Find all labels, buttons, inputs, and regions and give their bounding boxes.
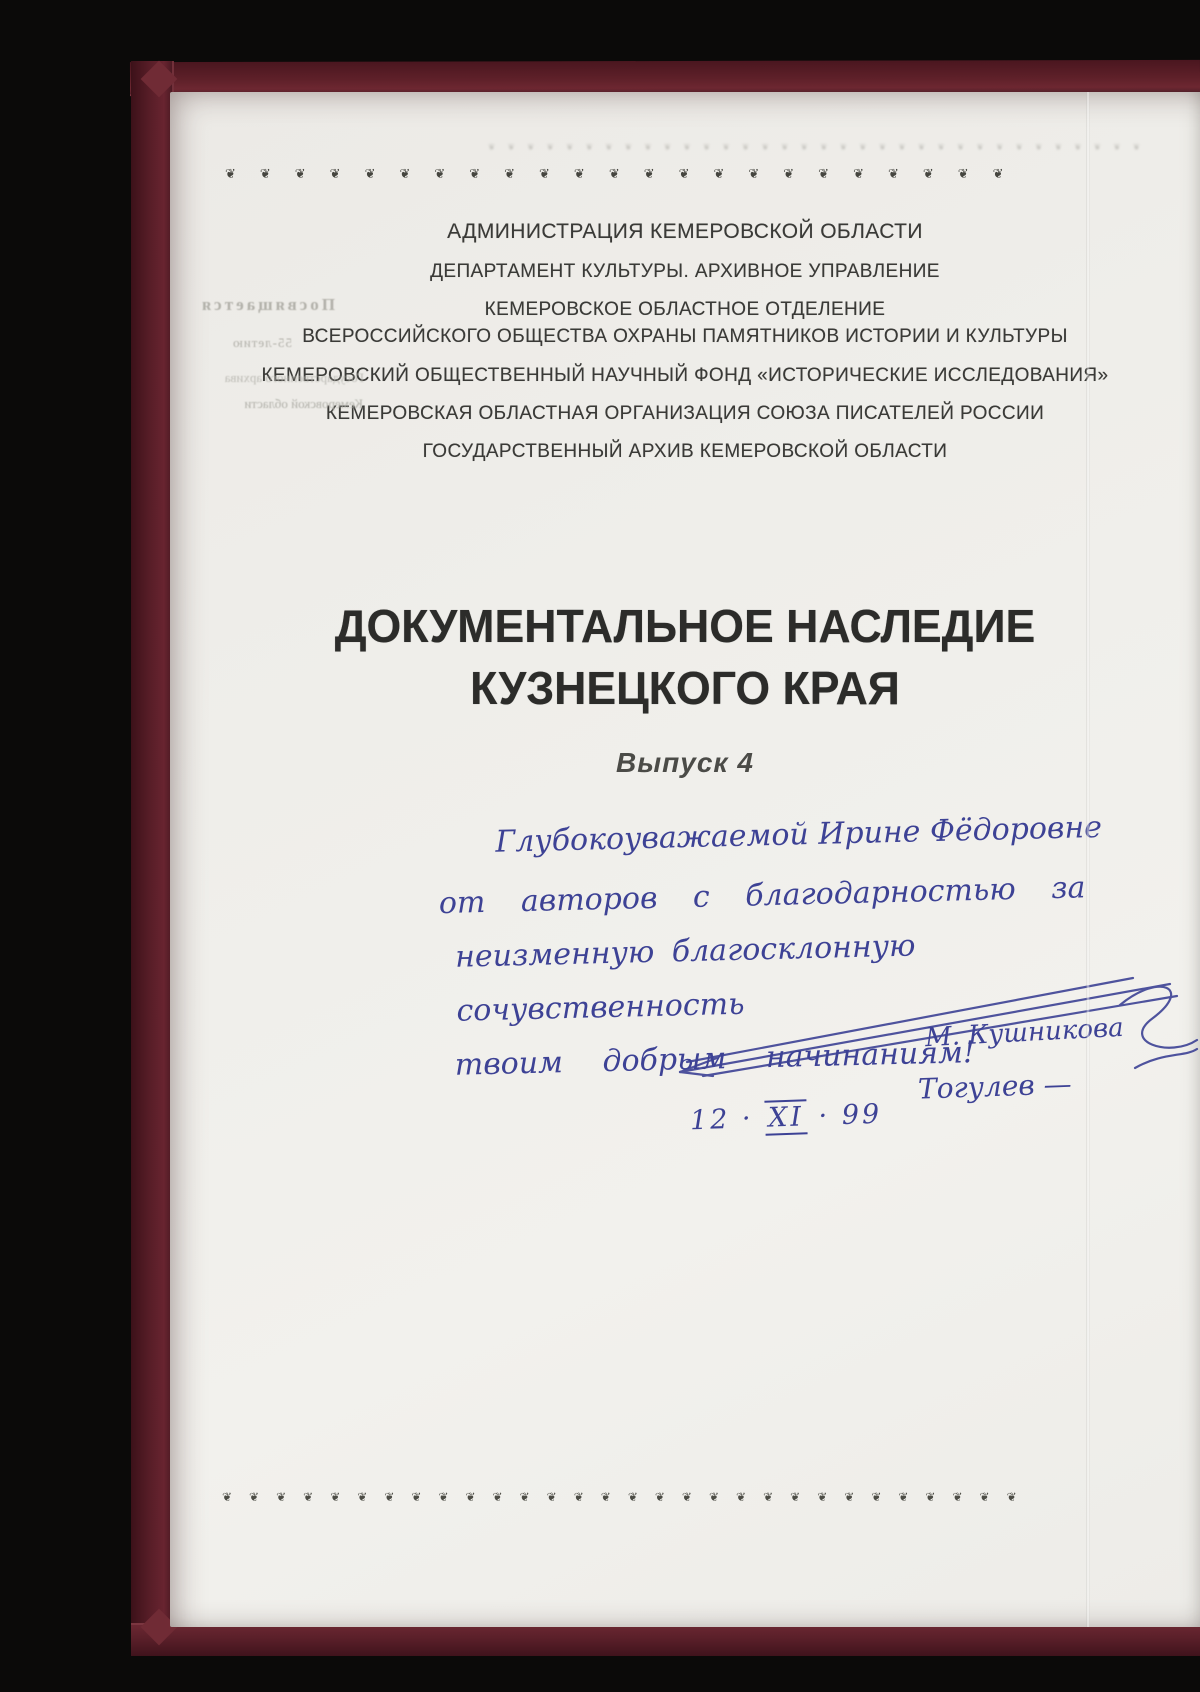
bleedthrough-line-4: Кемеровской области [218,396,363,412]
book-cover-top-edge [130,60,1200,96]
ornament-border-top: ❦❦❦❦❦❦❦❦❦❦❦❦❦❦❦❦❦❦❦❦❦❦❦ [225,166,1140,182]
scan-background: ❦❦❦❦❦❦❦❦❦❦❦❦❦❦❦❦❦❦❦❦❦❦❦❦❦❦❦❦❦❦❦❦❦❦ ❦❦❦❦❦… [0,0,1200,1692]
publisher-line-2: ДЕПАРТАМЕНТ КУЛЬТУРЫ. АРХИВНОЕ УПРАВЛЕНИ… [170,260,1200,283]
signature-name-2: Тогулев — [917,1067,1072,1105]
dedication-date: 12 · XI · 99 [690,1099,883,1137]
book-cover-left-edge [131,61,174,1653]
book-title: ДОКУМЕНТАЛЬНОЕ НАСЛЕДИЕ КУЗНЕЦКОГО КРАЯ [170,595,1200,719]
book-cover-bottom-edge [131,1623,1200,1656]
book-title-line-2: КУЗНЕЦКОГО КРАЯ [185,657,1184,719]
bleedthrough-line-1: Посвящается [220,295,335,315]
publisher-line-4: ВСЕРОССИЙСКОГО ОБЩЕСТВА ОХРАНЫ ПАМЯТНИКО… [170,325,1200,348]
page-crease [1086,92,1090,1627]
publisher-block: АДМИНИСТРАЦИЯ КЕМЕРОВСКОЙ ОБЛАСТИ ДЕПАРТ… [170,220,1200,463]
bleedthrough-ornament-line: ❦❦❦❦❦❦❦❦❦❦❦❦❦❦❦❦❦❦❦❦❦❦❦❦❦❦❦❦❦❦❦❦❦❦ [475,142,1140,153]
ornament-border-bottom: ❦❦❦❦❦❦❦❦❦❦❦❦❦❦❦❦❦❦❦❦❦❦❦❦❦❦❦❦❦❦ [222,1490,1194,1504]
bleedthrough-line-2: 55-летию [222,335,292,351]
publisher-line-1: АДМИНИСТРАЦИЯ КЕМЕРОВСКОЙ ОБЛАСТИ [170,220,1200,243]
date-day: 12 [690,1104,731,1136]
date-year: 99 [841,1099,882,1131]
date-separator-2: · [818,1100,831,1131]
date-separator-1: · [741,1103,754,1134]
title-page: ❦❦❦❦❦❦❦❦❦❦❦❦❦❦❦❦❦❦❦❦❦❦❦❦❦❦❦❦❦❦❦❦❦❦ ❦❦❦❦❦… [170,92,1200,1627]
book-title-line-1: ДОКУМЕНТАЛЬНОЕ НАСЛЕДИЕ [185,595,1184,657]
publisher-line-7: ГОСУДАРСТВЕННЫЙ АРХИВ КЕМЕРОВСКОЙ ОБЛАСТ… [170,440,1200,463]
issue-label: Выпуск 4 [170,747,1200,779]
bleedthrough-line-3: Государственного архива [214,370,364,386]
date-month-roman: XI [765,1099,808,1135]
dedication-line-1: Глубокоуважаемой Ирине Фёдоровне [495,799,1183,870]
